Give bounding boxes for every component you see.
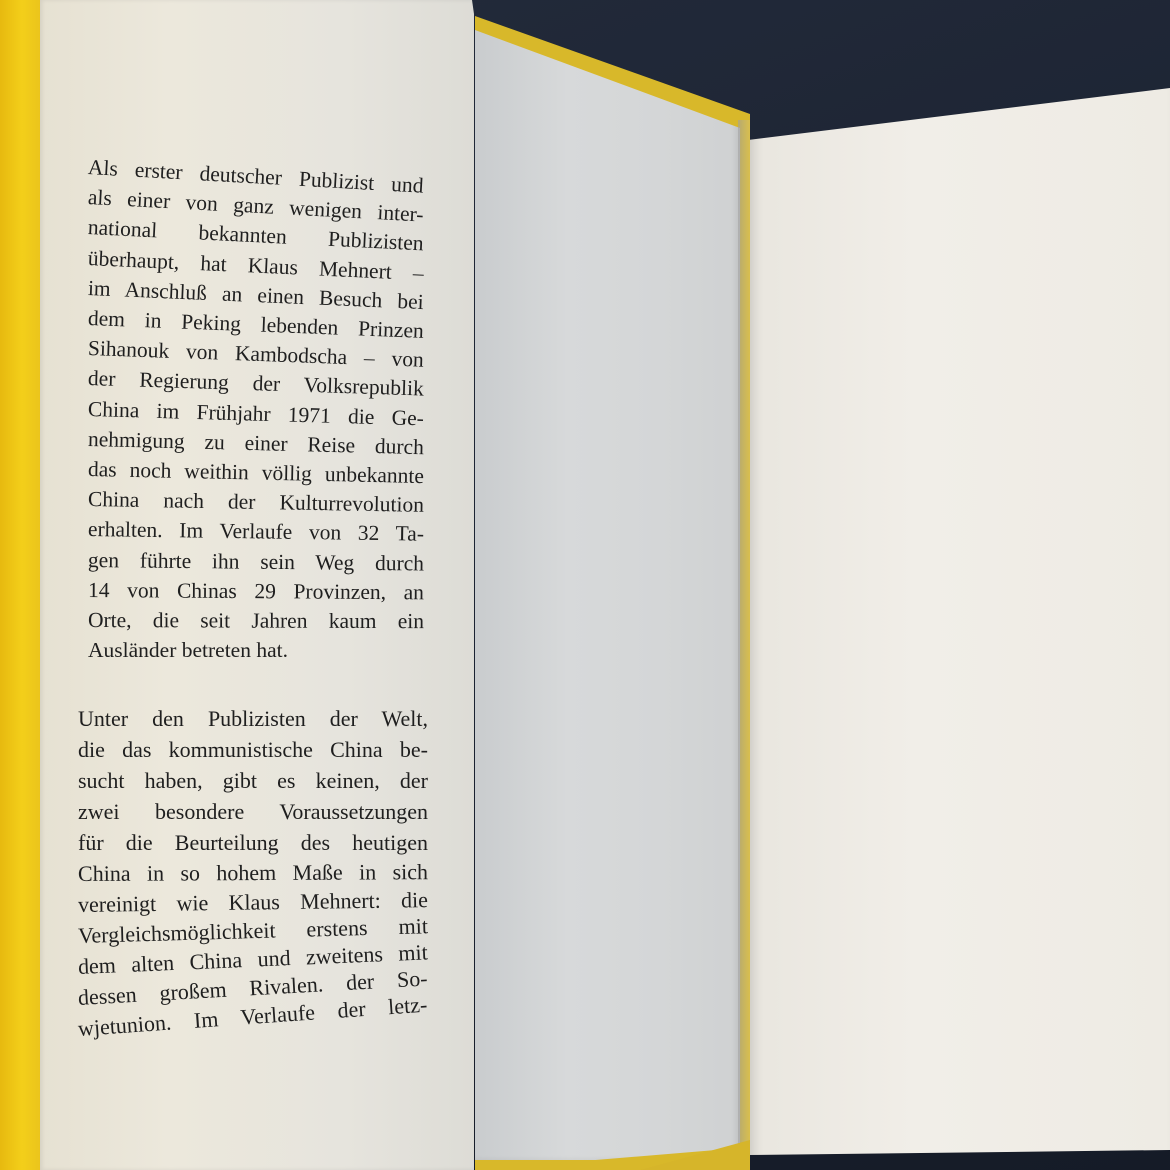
text-line: 14 von Chinas 29 Provinzen, an <box>88 575 424 608</box>
text-line: erhalten. Im Verlaufe von 32 Ta- <box>88 514 424 549</box>
text-line: Unter den Publizisten der Welt, <box>78 703 428 734</box>
flap-paragraph-2: Unter den Publizisten der Welt, die das … <box>78 703 428 1044</box>
text-line: zwei besondere Voraussetzungen <box>78 796 428 827</box>
text-line: die das kommunistische China be- <box>78 734 428 765</box>
text-line: sucht haben, gibt es keinen, der <box>78 765 428 796</box>
page-gutter-shadow <box>738 120 750 1160</box>
blank-right-page <box>748 0 1170 1170</box>
text-line: für die Beurteilung des heutigen <box>78 827 428 858</box>
text-line: Orte, die seit Jahren kaum ein <box>88 605 424 636</box>
text-line: Ausländer betreten hat. <box>88 635 424 665</box>
yellow-jacket-strip <box>0 0 44 1170</box>
text-line: gen führte ihn sein Weg durch <box>88 545 424 579</box>
grey-endpaper <box>475 0 740 1160</box>
flap-paragraph-1: Als erster deutscher Publizist und als e… <box>88 152 424 665</box>
